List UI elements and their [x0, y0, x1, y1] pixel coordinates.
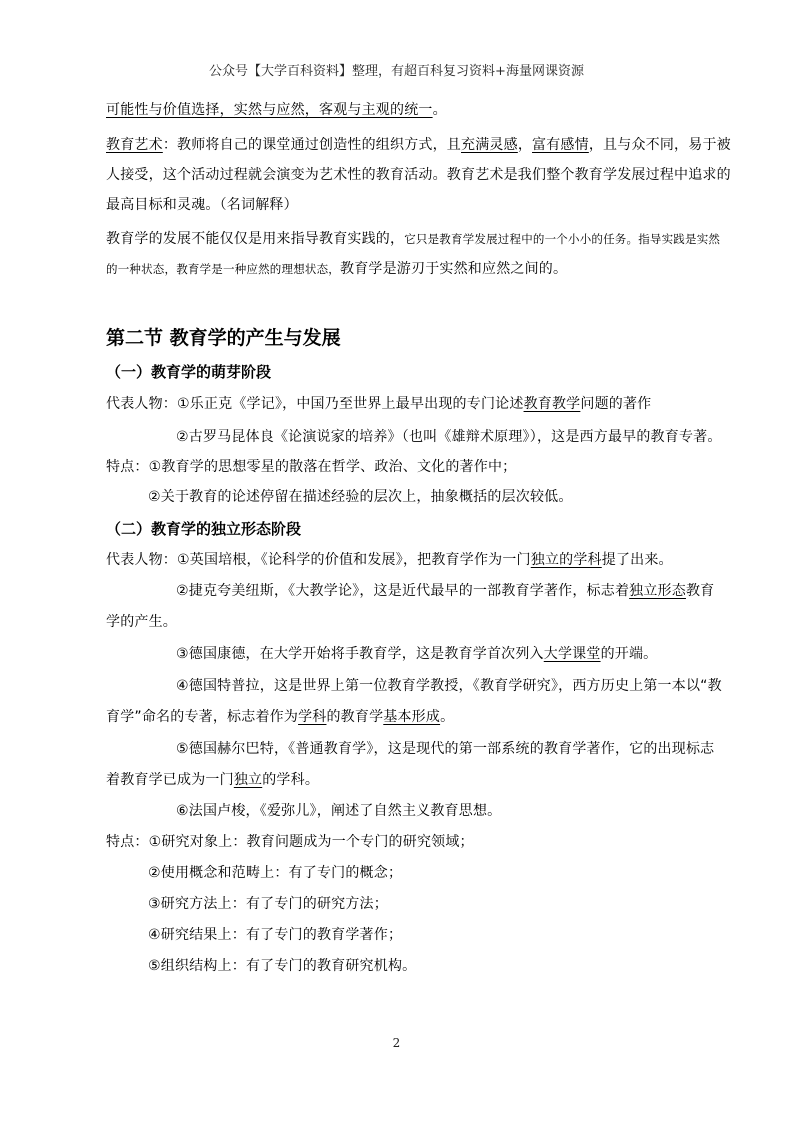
section-title: 第二节 教育学的产生与发展: [106, 323, 341, 350]
sub2-representative-2-cont: 学的产生。: [106, 613, 177, 631]
document-page: 公众号【大学百科资料】整理，有超百科复习资料+海量网课资源 可能性与价值选择，实…: [0, 0, 793, 1122]
underlined-text: 教育教学: [524, 396, 581, 412]
sub2-feature-4: ④研究结果上：有了专门的教育学著作；: [148, 926, 402, 944]
underlined-text: 充满灵感: [461, 137, 518, 153]
sub1-representative-1: 代表人物：①乐正克《学记》，中国乃至世界上最早出现的专门论述教育教学问题的著作: [106, 395, 651, 413]
underlined-text: 独立形态: [629, 583, 686, 599]
development-line-1: 教育学的发展不能仅仅是用来指导教育实践的，它只是教育学发展过程中的一个小小的任务…: [106, 230, 720, 248]
sub2-representative-4: ④德国特普拉，这是世界上第一位教育学教授，《教育学研究》，西方历史上第一本以“教: [176, 677, 722, 695]
sub1-representative-2: ②古罗马昆体良《论演说家的培养》（也叫《雄辩术原理》），这是西方最早的教育专著。: [176, 428, 722, 446]
underlined-text: 可能性与价值选择，实然与应然，客观与主观的统一: [106, 102, 433, 118]
underlined-text: 独立: [234, 772, 262, 788]
underlined-text: 独立的学科: [531, 552, 602, 568]
subsection-title-2: （二）教育学的独立形态阶段: [106, 518, 301, 539]
underlined-text: 学科: [298, 709, 326, 725]
term-education-art: 教育艺术: [106, 137, 163, 153]
sub1-feature-1: 特点：①教育学的思想零星的散落在哲学、政治、文化的著作中；: [106, 458, 516, 476]
sub2-representative-2: ②捷克夸美纽斯，《大教学论》，这是近代最早的一部教育学著作，标志着独立形态教育: [176, 582, 714, 600]
sub2-representative-5-cont: 着教育学已成为一门独立的学科。: [106, 771, 319, 789]
intro-line-1: 可能性与价值选择，实然与应然，客观与主观的统一。: [106, 101, 447, 119]
art-definition-line-3: 最高目标和灵魂。（名词解释）: [106, 196, 298, 214]
page-number: 2: [0, 1036, 793, 1050]
sub2-feature-5: ⑤组织结构上：有了专门的教育研究机构。: [148, 957, 416, 975]
sub2-representative-6: ⑥法国卢梭，《爱弥儿》，阐述了自然主义教育思想。: [176, 802, 501, 820]
underlined-text: 大学课堂: [544, 646, 601, 662]
sub2-feature-3: ③研究方法上：有了专门的研究方法；: [148, 895, 388, 913]
sub2-representative-3: ③德国康德，在大学开始将手教育学，这是教育学首次列入大学课堂的开端。: [176, 645, 657, 663]
page-header: 公众号【大学百科资料】整理，有超百科复习资料+海量网课资源: [0, 60, 793, 79]
sub2-feature-2: ②使用概念和范畴上：有了专门的概念；: [148, 864, 402, 882]
sub2-representative-5: ⑤德国赫尔巴特，《普通教育学》，这是现代的第一部系统的教育学著作，它的出现标志: [176, 740, 714, 758]
art-definition-line-2: 人接受，这个活动过程就会演变为艺术性的教育活动。教育艺术是我们整个教育学发展过程…: [106, 166, 731, 184]
subsection-title-1: （一）教育学的萌芽阶段: [106, 361, 271, 382]
development-line-2: 的一种状态，教育学是一种应然的理想状态，教育学是游刃于实然和应然之间的。: [106, 260, 567, 278]
underlined-text: 富有感情: [532, 137, 589, 153]
sub2-feature-1: 特点：①研究对象上：教育问题成为一个专门的研究领域；: [106, 833, 474, 851]
sub2-representative-4-cont: 育学”命名的专著，标志着作为学科的教育学基本形成。: [106, 708, 454, 726]
art-definition-line-1: 教育艺术：教师将自己的课堂通过创造性的组织方式，且充满灵感，富有感情，且与众不同…: [106, 136, 731, 154]
sub2-representative-1: 代表人物：①英国培根，《论科学的价值和发展》，把教育学作为一门独立的学科提了出来…: [106, 551, 673, 569]
underlined-text: 基本形成: [383, 709, 440, 725]
sub1-feature-2: ②关于教育的论述停留在描述经验的层次上，抽象概括的层次较低。: [148, 488, 573, 506]
